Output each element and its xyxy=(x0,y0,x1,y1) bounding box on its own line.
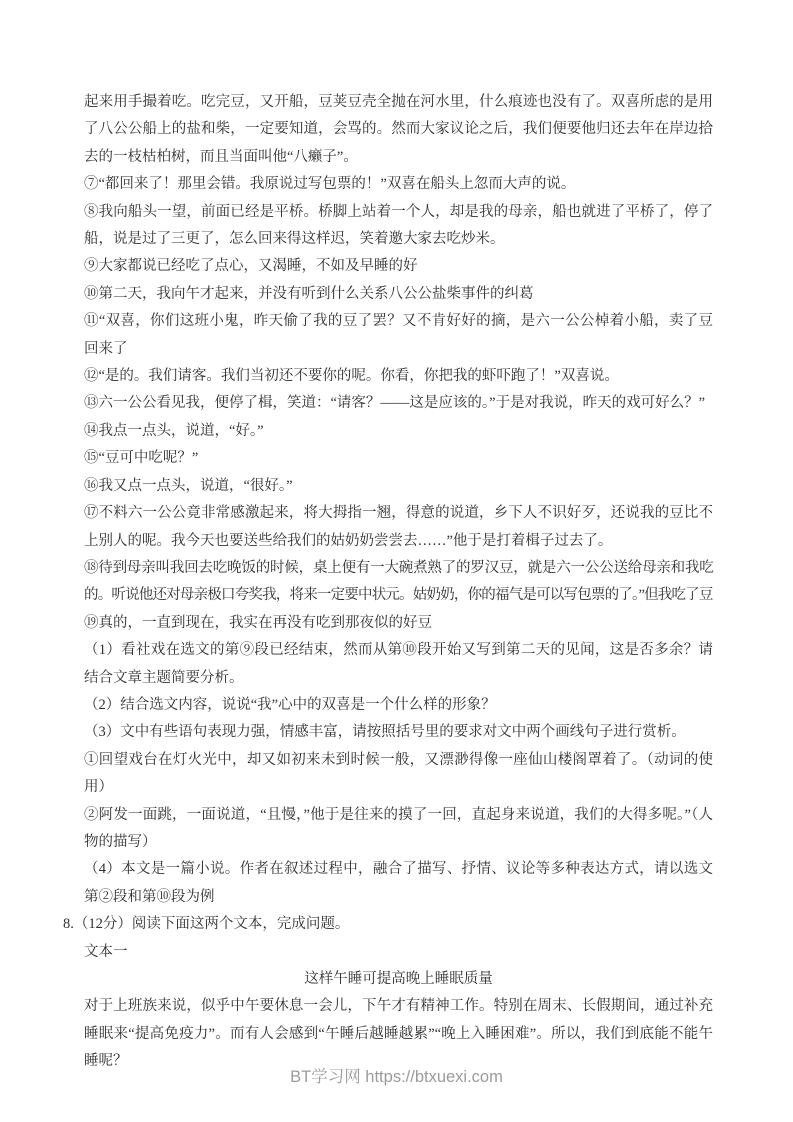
question-item: （4）本文是一篇小说。作者在叙述过程中，融合了描写、抒情、议论等多种表达方式，请… xyxy=(84,856,713,911)
passage-paragraph: ⑰不料六一公公竟非常感激起来，将大拇指一翘，得意的说道，乡下人不识好歹，还说我的… xyxy=(84,500,713,555)
passage-paragraph: ⑬六一公公看见我，便停了楫，笑道：“请客？——这是应该的。”于是对我说，昨天的戏… xyxy=(84,390,713,417)
text-one-title: 这样午睡可提高晚上睡眠质量 xyxy=(84,966,713,993)
passage-paragraph: ⑦“都回来了！那里会错。我原说过写包票的！”双喜在船头上忽而大声的说。 xyxy=(84,171,713,198)
passage-paragraph: ⑧我向船头一望，前面已经是平桥。桥脚上站着一个人，却是我的母亲，船也就进了平桥了… xyxy=(84,199,713,254)
page-footer: BT学习网 https://btxuexi.com xyxy=(0,1063,793,1087)
passage-paragraph: ⑮“豆可中吃呢？” xyxy=(84,445,713,472)
passage-paragraph: 起来用手撮着吃。吃完豆，又开船，豆荚豆壳全抛在河水里，什么痕迹也没有了。双喜所虑… xyxy=(84,89,713,171)
question-list: （1）看社戏在选文的第⑨段已经结束，然而从第⑩段开始又写到第二天的见闻，这是否多… xyxy=(84,637,713,911)
page-content: 起来用手撮着吃。吃完豆，又开船，豆荚豆壳全抛在河水里，什么痕迹也没有了。双喜所虑… xyxy=(84,89,713,1076)
question-item: （2）结合选文内容，说说“我”心中的双喜是一个什么样的形象？ xyxy=(84,692,713,719)
passage-paragraph: ⑩第二天，我向午才起来，并没有听到什么关系八公公盐柴事件的纠葛 xyxy=(84,281,713,308)
passage-paragraph: ⑨大家都说已经吃了点心，又渴睡，不如及早睡的好 xyxy=(84,253,713,280)
passage-paragraph: ⑪“双喜，你们这班小鬼，昨天偷了我的豆了罢？又不肯好好的摘，是六一公公棹着小船，… xyxy=(84,308,713,363)
passage-paragraph: ⑫“是的。我们请客。我们当初还不要你的呢。你看，你把我的虾吓跑了！”双喜说。 xyxy=(84,363,713,390)
question-sentence: ①回望戏台在灯火光中，却又如初来未到时候一般，又漂渺得像一座仙山楼阁罩着了。（动… xyxy=(84,747,713,802)
passage-paragraph: ⑯我又点一点头，说道，“很好。” xyxy=(84,473,713,500)
question-sentence: ②阿发一面跳，一面说道，“且慢，”他于是往来的摸了一回，直起身来说道，我们的大得… xyxy=(84,802,713,857)
passage-paragraph: ⑱待到母亲叫我回去吃晚饭的时候，桌上便有一大碗煮熟了的罗汉豆，就是六一公公送给母… xyxy=(84,555,713,610)
footer-site-link[interactable]: BT学习网 https://btxuexi.com xyxy=(290,1068,503,1086)
question-item: （1）看社戏在选文的第⑨段已经结束，然而从第⑩段开始又写到第二天的见闻，这是否多… xyxy=(84,637,713,692)
passage-paragraph: ⑲真的，一直到现在，我实在再没有吃到那夜似的好豆 xyxy=(84,610,713,637)
question-8-header: 8.（12分）阅读下面这两个文本，完成问题。 xyxy=(63,911,713,938)
question-item: （3）文中有些语句表现力强，情感丰富，请按照括号里的要求对文中两个画线句子进行赏… xyxy=(84,719,713,746)
passage-paragraph: ⑭我点一点头，说道，“好。” xyxy=(84,418,713,445)
question-8: 8.（12分）阅读下面这两个文本，完成问题。 文本一 这样午睡可提高晚上睡眠质量… xyxy=(84,911,713,1075)
reading-passage: 起来用手撮着吃。吃完豆，又开船，豆荚豆壳全抛在河水里，什么痕迹也没有了。双喜所虑… xyxy=(84,89,713,637)
text-one-label: 文本一 xyxy=(84,939,713,966)
exam-page: 起来用手撮着吃。吃完豆，又开船，豆荚豆壳全抛在河水里，什么痕迹也没有了。双喜所虑… xyxy=(0,0,793,1122)
